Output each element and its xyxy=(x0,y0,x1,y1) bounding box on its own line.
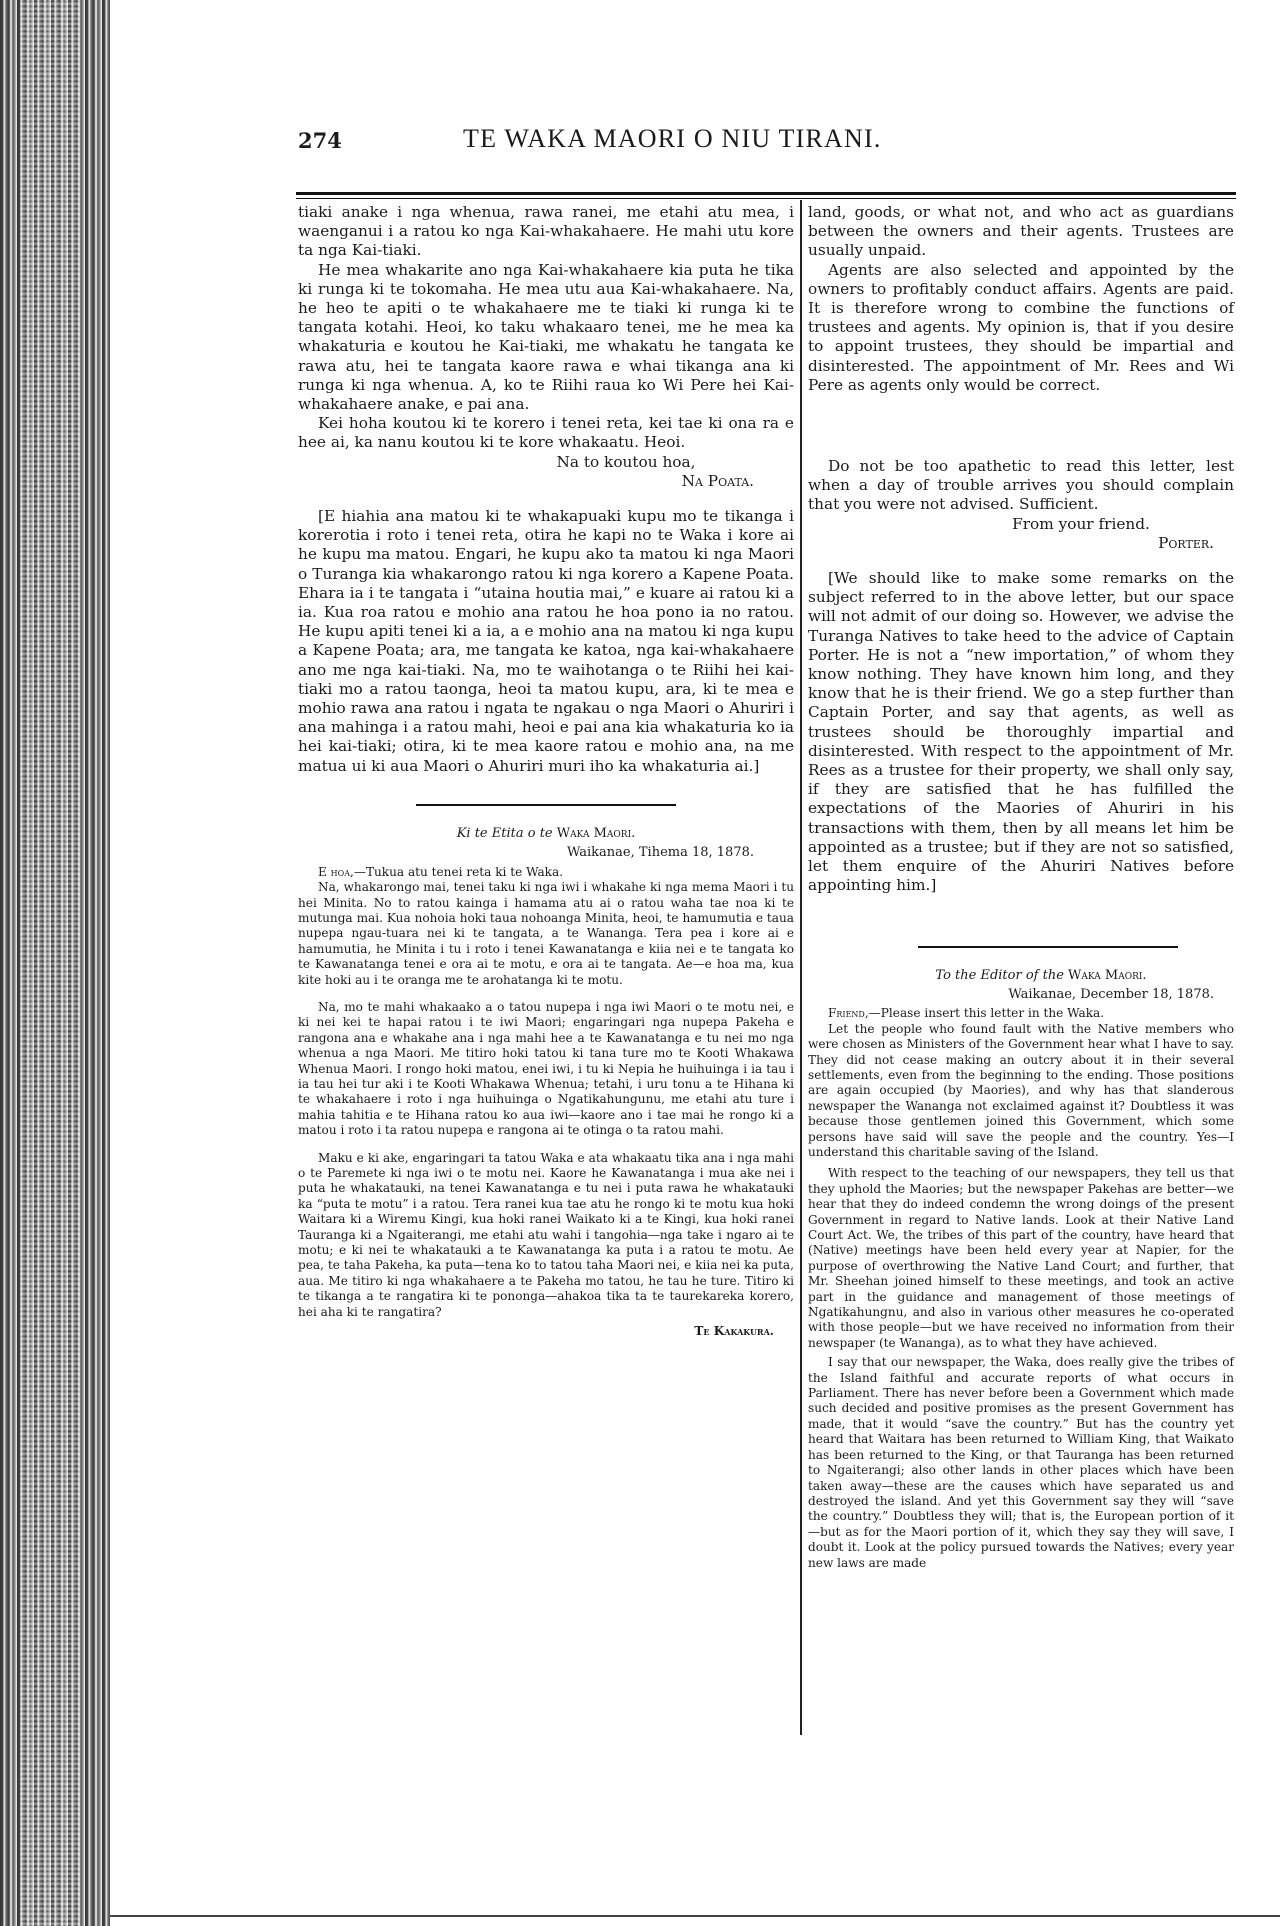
paragraph: Tukua atu tenei reta ki te Waka. xyxy=(366,865,563,879)
letter-heading-caps: Waka Maori. xyxy=(557,826,636,841)
page-bottom-edge xyxy=(110,1915,1280,1917)
dateline: Waikanae, Tihema 18, 1878. xyxy=(298,845,794,860)
letter-closing: Na to koutou hoa, xyxy=(298,453,794,472)
paragraph: He mea whakarite ano nga Kai-whakahaere … xyxy=(298,261,794,415)
page-number: 274 xyxy=(298,128,342,153)
paragraph: Kei hoha koutou ki te korero i tenei ret… xyxy=(298,414,794,452)
letter-signature: Porter. xyxy=(808,534,1234,553)
salutation: E hoa,— xyxy=(318,865,366,879)
left-column-maori: tiaki anake i nga whenua, rawa ranei, me… xyxy=(298,203,794,1339)
paragraph: Do not be too apathetic to read this let… xyxy=(808,457,1234,515)
paragraph: Na, whakarongo mai, tenei taku ki nga iw… xyxy=(298,880,794,988)
paragraph: I say that our newspaper, the Waka, does… xyxy=(808,1355,1234,1571)
paragraph: Agents are also selected and appointed b… xyxy=(808,261,1234,395)
header-rule-thin xyxy=(296,198,1236,199)
paragraph: With respect to the teaching of our news… xyxy=(808,1166,1234,1351)
letter-signature: Te Kakakura. xyxy=(298,1324,794,1339)
paragraph: land, goods, or what not, and who act as… xyxy=(808,203,1234,261)
paragraph: tiaki anake i nga whenua, rawa ranei, me… xyxy=(298,203,794,261)
paragraph: Maku e ki ake, engaringari ta tatou Waka… xyxy=(298,1151,794,1320)
dateline: Waikanae, December 18, 1878. xyxy=(808,987,1234,1002)
column-divider xyxy=(800,200,802,1735)
salutation: Friend,— xyxy=(828,1006,881,1020)
letter-to-editor: To the Editor of the Waka Maori. Waikana… xyxy=(808,968,1234,1571)
editor-note: [We should like to make some remarks on … xyxy=(808,569,1234,895)
binding-spine-texture xyxy=(20,0,80,1926)
editor-note: [E hiahia ana matou ki te whakapuaki kup… xyxy=(298,507,794,776)
letter-heading-italic: To the Editor of the xyxy=(935,968,1063,983)
letter-closing: From your friend. xyxy=(808,515,1234,534)
letter-signature: Na Poata. xyxy=(298,472,794,491)
paragraph: Let the people who found fault with the … xyxy=(808,1022,1234,1161)
letter-heading-italic: Ki te Etita o te xyxy=(457,826,553,841)
right-column-english: land, goods, or what not, and who act as… xyxy=(808,203,1234,1571)
header-rule-thick xyxy=(296,192,1236,195)
letter-kakakura: Ki te Etita o te Waka Maori. Waikanae, T… xyxy=(298,826,794,1340)
page-title: TE WAKA MAORI O NIU TIRANI. xyxy=(463,124,882,154)
letter-heading-caps: Waka Maori. xyxy=(1068,968,1147,983)
paragraph: Na, mo te mahi whakaako a o tatou nupepa… xyxy=(298,1000,794,1139)
paragraph: Please insert this letter in the Waka. xyxy=(881,1006,1104,1020)
